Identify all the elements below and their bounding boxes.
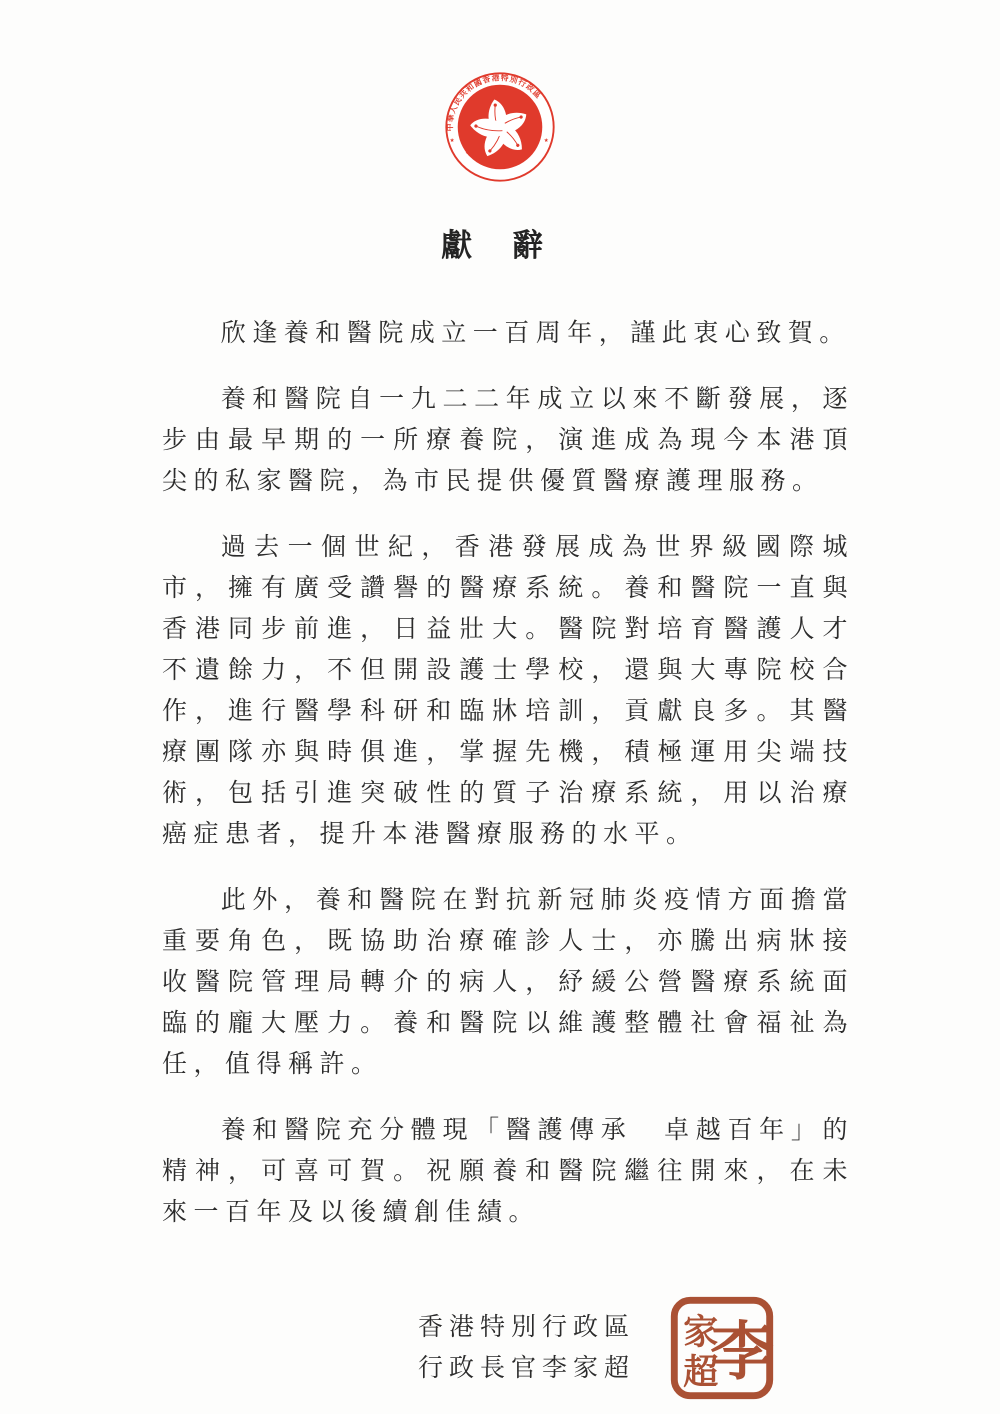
letter-body: 欣逢養和醫院成立一百周年，謹此衷心致賀。養和醫院自一九二二年成立以來不斷發展，逐…	[162, 313, 854, 1233]
signature-line-region: 香港特別行政區	[418, 1307, 635, 1348]
signature-line-chief-executive: 行政長官李家超	[418, 1348, 635, 1389]
emblem-container: 中華人民共和國香港特別行政區 HONG KONG ★ ★	[0, 0, 1000, 184]
emblem-star-right-icon: ★	[544, 137, 549, 144]
paragraph: 此外，養和醫院在對抗新冠肺炎疫情方面擔當重要角色，既協助治療確診人士，亦騰出病牀…	[162, 880, 854, 1085]
seal-container: 李 家 超	[669, 1295, 775, 1401]
page-title: 獻 辭	[0, 220, 1000, 265]
paragraph: 過去一個世紀，香港發展成為世界級國際城市，擁有廣受讚譽的醫療系統。養和醫院一直與…	[162, 527, 854, 855]
paragraph: 養和醫院充分體現「醫護傳承 卓越百年」的精神，可喜可賀。祝願養和醫院繼往開來，在…	[162, 1110, 854, 1233]
seal-char-li: 李	[710, 1316, 774, 1387]
letter-page: 中華人民共和國香港特別行政區 HONG KONG ★ ★	[0, 0, 1000, 1414]
hksar-emblem-icon: 中華人民共和國香港特別行政區 HONG KONG ★ ★	[443, 70, 557, 184]
signature-block: 香港特別行政區 行政長官李家超	[418, 1295, 635, 1389]
paragraph: 欣逢養和醫院成立一百周年，謹此衷心致賀。	[162, 313, 854, 354]
seal-char-ka: 家	[683, 1313, 718, 1352]
emblem-star-left-icon: ★	[450, 137, 455, 144]
seal-char-chiu: 超	[683, 1353, 718, 1392]
name-seal-icon: 李 家 超	[669, 1295, 775, 1401]
signature-row: 香港特別行政區 行政長官李家超 李 家 超	[418, 1295, 1000, 1401]
paragraph: 養和醫院自一九二二年成立以來不斷發展，逐步由最早期的一所療養院，演進成為現今本港…	[162, 379, 854, 502]
